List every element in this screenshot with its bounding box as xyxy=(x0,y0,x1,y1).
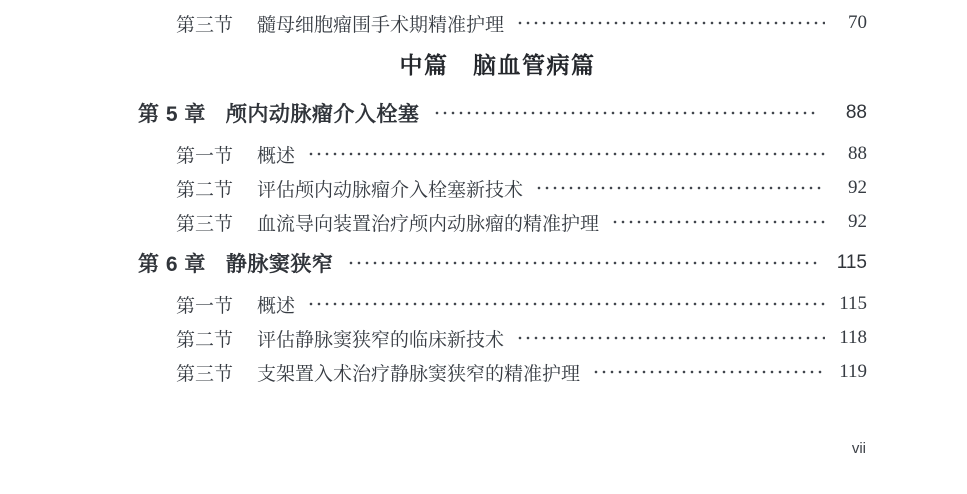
part-heading: 中篇 脑血管病篇 xyxy=(138,50,857,82)
dot-leader xyxy=(611,205,825,239)
section-title: 评估颅内动脉瘤介入栓塞新技术 xyxy=(257,175,523,202)
toc-entry-section: 第一节 概述 115 xyxy=(138,287,867,321)
dot-leader xyxy=(516,321,825,355)
section-title: 评估静脉窦狭窄的临床新技术 xyxy=(257,325,504,352)
toc-entry-section: 第二节 评估静脉窦狭窄的临床新技术 118 xyxy=(138,321,867,355)
section-title: 髓母细胞瘤围手术期精准护理 xyxy=(257,10,504,37)
page-number: 88 xyxy=(831,143,867,165)
toc-list: 第三节 髓母细胞瘤围手术期精准护理 70 中篇 脑血管病篇 第 5 章 颅内动脉… xyxy=(138,6,867,389)
dot-leader xyxy=(307,287,825,321)
page-number: 119 xyxy=(831,361,867,383)
section-title: 概述 xyxy=(257,291,295,318)
footer-page-number: vii xyxy=(852,440,866,457)
section-title: 概述 xyxy=(257,141,295,168)
section-label: 第三节 xyxy=(176,209,233,236)
chapter-title: 颅内动脉瘤介入栓塞 xyxy=(226,98,420,128)
section-label: 第二节 xyxy=(176,175,233,202)
page-number: 115 xyxy=(831,252,867,274)
dot-leader xyxy=(307,137,825,171)
section-title: 血流导向装置治疗颅内动脉瘤的精准护理 xyxy=(257,209,599,236)
section-title: 支架置入术治疗静脉窦狭窄的精准护理 xyxy=(257,359,580,386)
section-label: 第二节 xyxy=(176,325,233,352)
chapter-label: 第 6 章 xyxy=(138,248,206,278)
toc-entry-section: 第三节 血流导向装置治疗颅内动脉瘤的精准护理 92 xyxy=(138,205,867,239)
toc-entry-section: 第二节 评估颅内动脉瘤介入栓塞新技术 92 xyxy=(138,171,867,205)
dot-leader xyxy=(516,6,825,40)
dot-leader xyxy=(433,96,819,130)
page-number: 92 xyxy=(831,177,867,199)
section-label: 第一节 xyxy=(176,291,233,318)
section-label: 第三节 xyxy=(176,10,233,37)
dot-leader xyxy=(347,246,819,280)
page-number: 88 xyxy=(831,102,867,124)
chapter-title: 静脉窦狭窄 xyxy=(226,248,334,278)
page-number: 115 xyxy=(831,293,867,315)
page-number: 70 xyxy=(831,12,867,34)
toc-entry-section: 第一节 概述 88 xyxy=(138,137,867,171)
toc-page: 第三节 髓母细胞瘤围手术期精准护理 70 中篇 脑血管病篇 第 5 章 颅内动脉… xyxy=(0,0,967,494)
chapter-label: 第 5 章 xyxy=(138,98,206,128)
toc-entry-chapter: 第 5 章 颅内动脉瘤介入栓塞 88 xyxy=(138,96,867,130)
section-label: 第三节 xyxy=(176,359,233,386)
toc-entry-section: 第三节 髓母细胞瘤围手术期精准护理 70 xyxy=(138,6,867,40)
toc-entry-section: 第三节 支架置入术治疗静脉窦狭窄的精准护理 119 xyxy=(138,355,867,389)
section-label: 第一节 xyxy=(176,141,233,168)
toc-entry-chapter: 第 6 章 静脉窦狭窄 115 xyxy=(138,246,867,280)
dot-leader xyxy=(592,355,825,389)
dot-leader xyxy=(535,171,825,205)
page-number: 92 xyxy=(831,211,867,233)
page-number: 118 xyxy=(831,327,867,349)
